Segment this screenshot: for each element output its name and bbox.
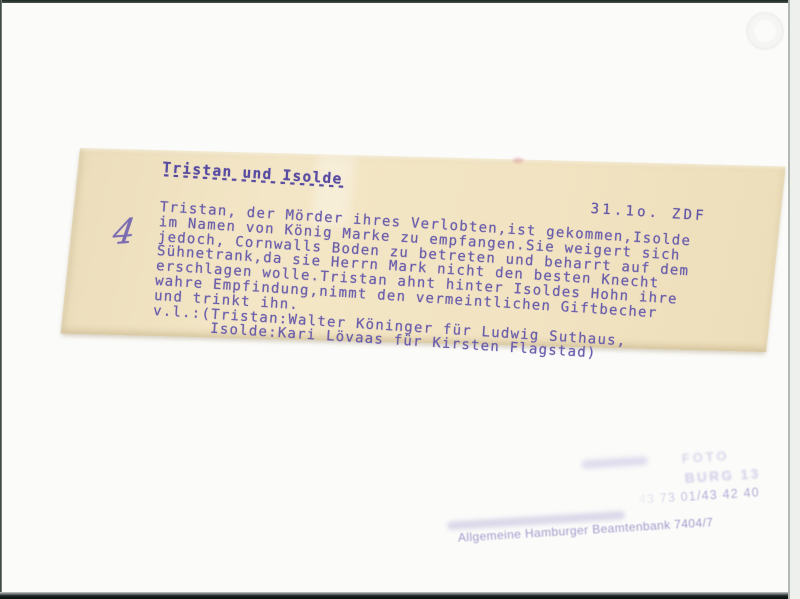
scan-margin-right (790, 0, 800, 599)
stamp-line-phone: 43 73 01/43 42 40 (638, 485, 760, 506)
agency-stamp: FOTO BURG 13 43 73 01/43 42 40 Allgemein… (438, 446, 765, 555)
scan-edge-bottom (0, 592, 800, 599)
date-channel-note: 31.1o. ZDF (590, 201, 707, 224)
caption-slip: 4 Tristan und Isolde -------------------… (60, 148, 785, 352)
stamp-illegible-fragment (581, 456, 647, 469)
embossed-seal-mark (746, 12, 784, 50)
stamp-line-city: BURG 13 (684, 466, 761, 486)
pink-fleck (512, 157, 524, 163)
scan-edge-left (0, 0, 2, 599)
handwritten-number: 4 (111, 214, 138, 250)
caption-paragraph: Tristan, der Mörder ihres Verlobten,ist … (152, 200, 692, 367)
scan-edge-top (0, 0, 800, 3)
typewritten-caption: Tristan und Isolde ------------------- 3… (152, 160, 762, 370)
stamp-line-foto: FOTO (681, 448, 730, 466)
